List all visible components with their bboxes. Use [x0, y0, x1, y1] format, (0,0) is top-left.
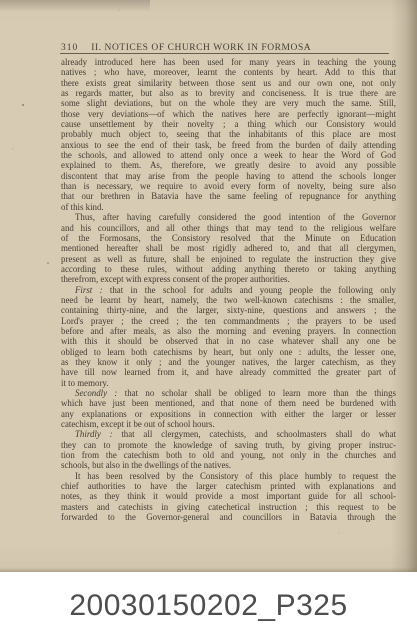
paragraph: Thirdly : that all clergymen, catechists…	[61, 429, 396, 470]
text-line: anxious to see the end of their task, be…	[61, 140, 396, 150]
text-line: any explanations or expositions in conne…	[61, 409, 396, 419]
paragraph-lead-word: Thirdly :	[75, 429, 113, 439]
text-line: notes, as they think it would provide a …	[61, 491, 396, 501]
text-line: Lord's prayer ; the creed ; the ten comm…	[61, 316, 396, 326]
text-line: Thus, after having carefully considered …	[61, 212, 396, 222]
text-line: as they know it only ; and the younger n…	[61, 357, 396, 367]
page-body-text: already introduced here has been used fo…	[61, 57, 396, 522]
text-line: they can to promote the knowledge of sav…	[61, 440, 396, 450]
text-line: than is necessary, we require to avoid e…	[61, 181, 396, 191]
text-line: present as well as future, shall be enjo…	[61, 254, 396, 264]
paragraph: already introduced here has been used fo…	[61, 57, 396, 212]
text-line: it to memory.	[61, 378, 396, 388]
text-line: there exists great similarity between th…	[61, 78, 396, 88]
paper-texture	[22, 104, 24, 106]
text-line: and his councillors, and all other thing…	[61, 223, 396, 233]
paragraph-lead-word: First :	[75, 285, 103, 295]
text-line: probably much object to, seeing that the…	[61, 129, 396, 139]
text-line: already introduced here has been used fo…	[61, 57, 396, 67]
text-line: therefrom, except with express consent o…	[61, 274, 396, 284]
book-page-scan: 310II. NOTICES OF CHURCH WORK IN FORMOSA…	[0, 0, 417, 572]
text-line: Secondly : that no scholar shall be obli…	[61, 388, 396, 398]
text-line: schools, but also in the dwellings of th…	[61, 460, 396, 470]
running-title: II. NOTICES OF CHURCH WORK IN FORMOSA	[91, 43, 311, 53]
text-line: need be learnt by heart, namely, the two…	[61, 295, 396, 305]
paragraph-lead-word: Secondly :	[75, 388, 117, 398]
text-line: have till now learned from it, and have …	[61, 367, 396, 377]
page-number: 310	[61, 43, 78, 53]
text-line: discontent that may arise from the peopl…	[61, 171, 396, 181]
text-line: as regards matter, but also as to brevit…	[61, 88, 396, 98]
text-line: of the Formosans, the Consistory resolve…	[61, 233, 396, 243]
text-line: those very deviations—of which the nativ…	[61, 109, 396, 119]
paragraph: Thus, after having carefully considered …	[61, 212, 396, 284]
text-line: tion from the catechism both to old and …	[61, 450, 396, 460]
text-line: according to these rules, without adding…	[61, 264, 396, 274]
text-line: catechism, except it be out of school ho…	[61, 419, 396, 429]
text-line: It has been resolved by the Consistory o…	[61, 471, 396, 481]
text-line: some slight deviations, but on the whole…	[61, 98, 396, 108]
text-line: First : that in the school for adults an…	[61, 285, 396, 295]
text-line: that our brethren in Batavia have the sa…	[61, 191, 396, 201]
text-line: cause unsettlement by their novelty ; a …	[61, 119, 396, 129]
text-line: chief authorities to have the larger cat…	[61, 481, 396, 491]
text-line: masters and catechists in giving cateche…	[61, 502, 396, 512]
text-line: before and after meals, as also the morn…	[61, 326, 396, 336]
archive-id-label: 20030150202_P325	[69, 589, 347, 623]
text-line: the schools, and allowed to attend only …	[61, 150, 396, 160]
paragraph: It has been resolved by the Consistory o…	[61, 471, 396, 523]
text-line: of this kind.	[61, 202, 396, 212]
paragraph: Secondly : that no scholar shall be obli…	[61, 388, 396, 429]
header-rule	[60, 53, 389, 54]
text-line: which have just been mentioned, and that…	[61, 398, 396, 408]
text-line: Thirdly : that all clergymen, catechists…	[61, 429, 396, 439]
paragraph: First : that in the school for adults an…	[61, 285, 396, 388]
watermark-strip: 20030150202_P325	[0, 572, 417, 640]
text-line: containing thirty-nine, and the larger, …	[61, 305, 396, 315]
text-line: forwarded to the Governor-general and co…	[61, 512, 396, 522]
text-line: obliged to learn both catechisms by hear…	[61, 347, 396, 357]
text-line: natives ; who have, moreover, learnt the…	[61, 67, 396, 77]
text-line: explained to them. As, therefore, we gre…	[61, 160, 396, 170]
paper-top-shadow	[0, 0, 150, 12]
text-line: mentioned hereafter shall be most rigidl…	[61, 243, 396, 253]
text-line: with this it should be observed that in …	[61, 336, 396, 346]
